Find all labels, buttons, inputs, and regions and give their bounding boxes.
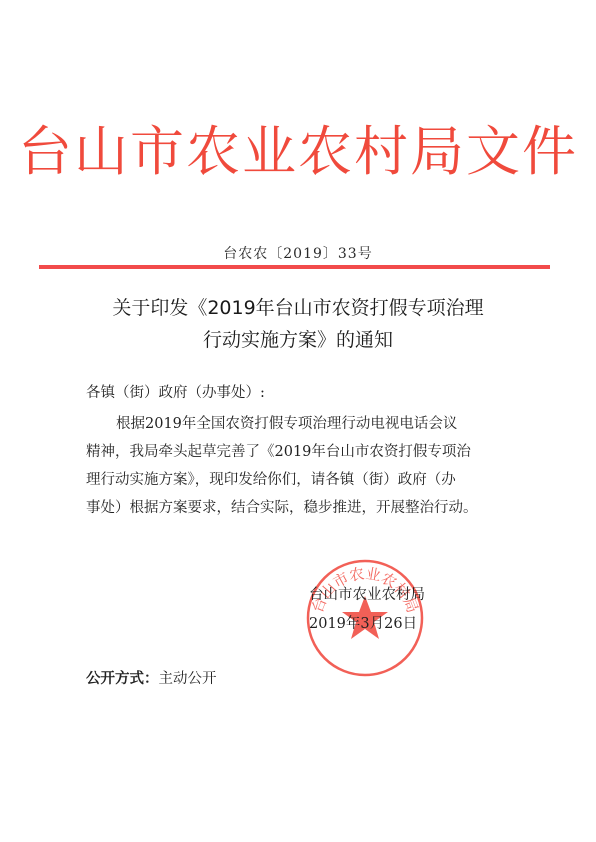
disclosure-value: 主动公开 <box>159 671 217 687</box>
signature-date: 2019年3月26日 <box>309 612 417 633</box>
disclosure-method: 公开方式：主动公开 <box>86 667 217 688</box>
document-title: 关于印发《2019年台山市农资打假专项治理 行动实施方案》的通知 <box>0 292 596 356</box>
body-line: 事处）根据方案要求，结合实际，稳步推进，开展整治行动。 <box>86 494 516 522</box>
body-paragraph: 根据2019年全国农资打假专项治理行动电视电话会议 精神，我局牵头起草完善了《2… <box>86 410 516 522</box>
red-divider-line <box>39 265 550 269</box>
body-line: 精神，我局牵头起草完善了《2019年台山市农资打假专项治 <box>86 438 516 466</box>
document-number: 台农农〔2019〕33号 <box>0 243 596 263</box>
salutation: 各镇（街）政府（办事处）: <box>86 381 265 402</box>
signer-organization: 台山市农业农村局 <box>309 583 425 604</box>
document-title-line-2: 行动实施方案》的通知 <box>0 324 596 356</box>
document-header-title: 台山市农业农村局文件 <box>0 112 596 192</box>
document-title-line-1: 关于印发《2019年台山市农资打假专项治理 <box>0 292 596 324</box>
disclosure-label: 公开方式： <box>86 671 159 687</box>
body-line: 根据2019年全国农资打假专项治理行动电视电话会议 <box>86 410 516 438</box>
body-line: 理行动实施方案》，现印发给你们，请各镇（街）政府（办 <box>86 466 516 494</box>
